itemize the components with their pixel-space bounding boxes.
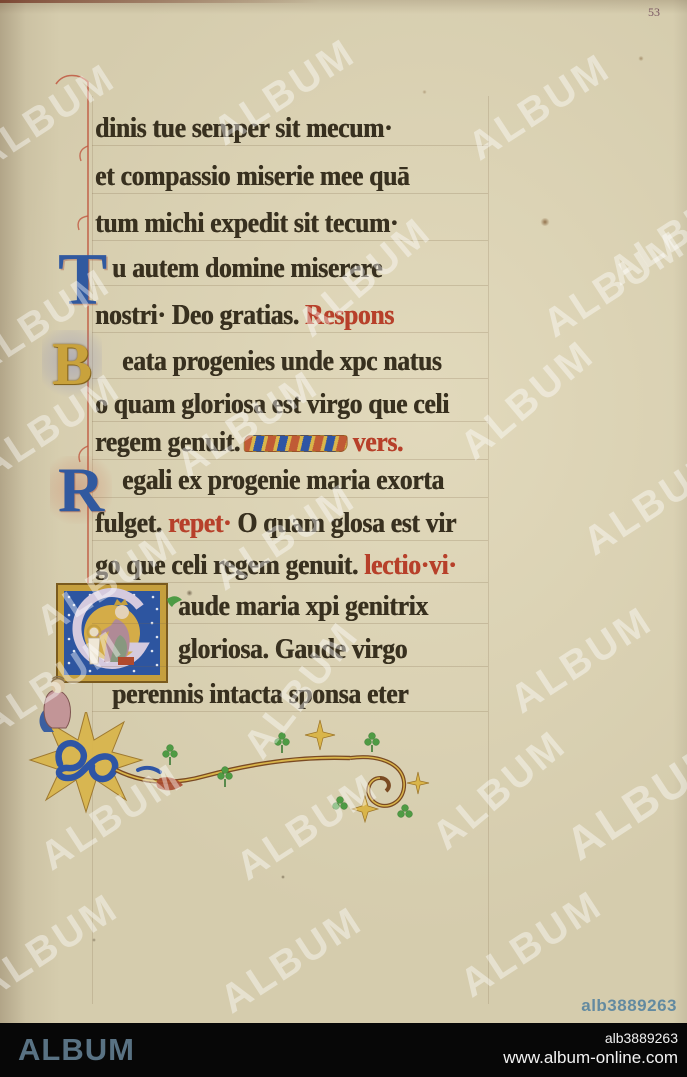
- manuscript-text-line: u autem domine miserere: [112, 252, 382, 285]
- footer-credit: alb3889263 www.album-online.com: [503, 1029, 678, 1069]
- manuscript-text-line: aude maria xpi genitrix: [178, 590, 428, 623]
- text-segment: perennis intacta sponsa eter: [112, 678, 408, 710]
- text-segment: dinis tue semper sit mecum·: [95, 112, 392, 144]
- text-segment: egali ex progenie maria exorta: [122, 464, 444, 496]
- footer-bar: ALBUM alb3889263 www.album-online.com: [0, 1023, 687, 1077]
- text-segment: fulget.: [95, 507, 168, 539]
- ruling-line: [92, 332, 488, 333]
- footer-website-url: www.album-online.com: [503, 1047, 678, 1069]
- text-segment: vers.: [353, 426, 403, 458]
- ruling-line: [92, 193, 488, 194]
- ruling-line: [92, 582, 488, 583]
- ruling-line: [92, 421, 488, 422]
- text-segment: eata progenies unde xpc natus: [122, 345, 441, 377]
- text-segment: gloriosa. Gaude virgo: [178, 633, 407, 665]
- manuscript-text-line: dinis tue semper sit mecum·: [95, 112, 392, 145]
- stock-photo-manuscript-page: T B R: [0, 0, 687, 1077]
- manuscript-text-line: perennis intacta sponsa eter: [112, 678, 408, 711]
- text-segment: Respons: [305, 299, 394, 331]
- ruling-line: [92, 459, 488, 460]
- ruling-line: [92, 145, 488, 146]
- ruling-line: [92, 540, 488, 541]
- text-segment: u autem domine miserere: [112, 252, 382, 284]
- ruling-line: [92, 285, 488, 286]
- manuscript-text-line: fulget. repet· O quam glosa est vir: [95, 507, 456, 540]
- footer-image-ref: alb3889263: [503, 1029, 678, 1047]
- text-segment: lectio·vi·: [364, 549, 456, 581]
- ruling-line: [92, 497, 488, 498]
- image-id-overlay: alb3889263: [581, 996, 677, 1016]
- manuscript-text-block: dinis tue semper sit mecum·et compassio …: [0, 0, 687, 1077]
- album-logo: ALBUM: [18, 1032, 135, 1068]
- text-segment: o quam gloriosa est virgo que celi: [95, 388, 449, 420]
- folio-number: 53: [648, 5, 660, 20]
- text-segment: repet·: [168, 507, 237, 539]
- manuscript-text-line: egali ex progenie maria exorta: [122, 464, 444, 497]
- ruling-line: [92, 378, 488, 379]
- ruling-line: [92, 666, 488, 667]
- manuscript-text-line: o quam gloriosa est virgo que celi: [95, 388, 449, 421]
- ruling-line: [92, 711, 488, 712]
- manuscript-text-line: eata progenies unde xpc natus: [122, 345, 441, 378]
- manuscript-text-line: go que celi regem genuit. lectio·vi·: [95, 549, 456, 582]
- manuscript-text-line: regem genuit.vers.: [95, 426, 403, 459]
- manuscript-text-line: nostri· Deo gratias. Respons: [95, 299, 394, 332]
- text-segment: aude maria xpi genitrix: [178, 590, 428, 622]
- text-segment: nostri· Deo gratias.: [95, 299, 305, 331]
- manuscript-text-line: et compassio miserie mee quā: [95, 160, 409, 193]
- text-segment: tum michi expedit sit tecum·: [95, 207, 398, 239]
- text-segment: go que celi regem genuit.: [95, 549, 364, 581]
- manuscript-text-line: gloriosa. Gaude virgo: [178, 633, 407, 666]
- text-segment: et compassio miserie mee quā: [95, 160, 409, 192]
- ruling-line: [92, 240, 488, 241]
- line-filler-ornament: [243, 435, 347, 452]
- ruling-line: [92, 623, 488, 624]
- text-segment: O quam glosa est vir: [237, 507, 456, 539]
- text-segment: regem genuit.: [95, 426, 240, 458]
- manuscript-text-line: tum michi expedit sit tecum·: [95, 207, 398, 240]
